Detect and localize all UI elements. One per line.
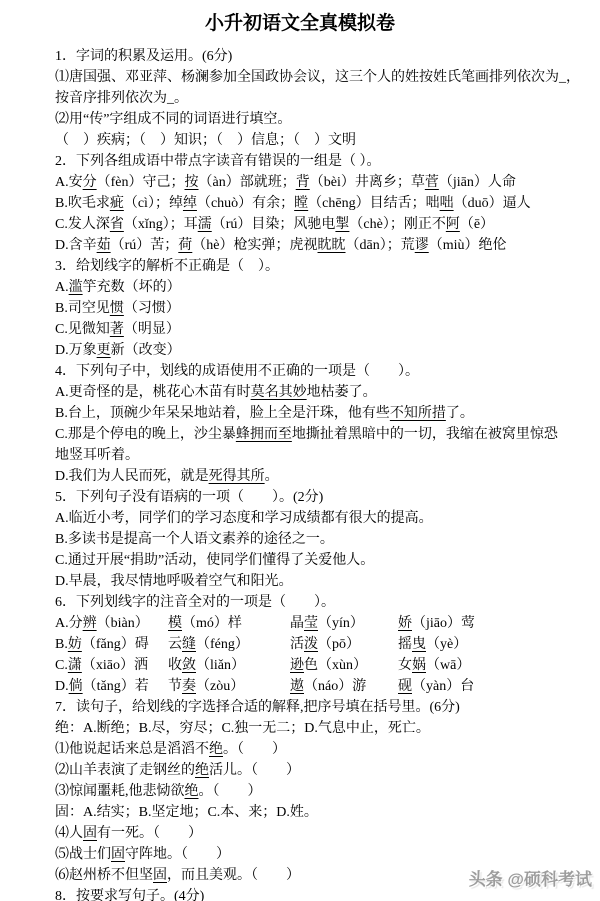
underlined-char: 敛 xyxy=(182,658,196,673)
underlined-char: 谬 xyxy=(415,238,429,253)
underlined-char: 绝 xyxy=(195,763,209,778)
pinyin-item: 娇（jiāo）莺 xyxy=(398,613,475,634)
underlined-char: 辨 xyxy=(83,616,97,631)
question-heading: 4．下列句子中，划线的成语使用不正确的一项是（ ）。 xyxy=(55,361,600,382)
underlined-char: 固 xyxy=(83,826,97,841)
underlined-char: 固 xyxy=(153,868,167,883)
pinyin-item: D.倘（tǎng）若 xyxy=(55,676,168,697)
option-a: A.临近小考，同学们的学习态度和学习成绩都有很大的提高。 xyxy=(55,508,600,529)
option-c: C.那是个停电的晚上，沙尘暴蜂拥而至地撕扯着黑暗中的一切，我缩在被窝里惊恐 xyxy=(55,424,600,445)
option-c: C.发人深省（xǐng）；耳濡（rú）目染；风驰电掣（chè）；刚正不阿（ē） xyxy=(55,214,600,235)
underlined-char: 荷 xyxy=(178,238,192,253)
exam-line: （ ）疾病；（ ）知识；（ ）信息；（ ）文明 xyxy=(55,130,600,151)
exam-title: 小升初语文全真模拟卷 xyxy=(0,12,600,36)
underlined-char: 菅 xyxy=(425,175,439,190)
exam-body: 1．字词的积累及运用。(6分)⑴唐国强、邓亚萍、杨澜参加全国政协会议，这三个人的… xyxy=(55,46,600,901)
exam-line: 固：A.结实；B.坚定地；C.本、来；D.姓。 xyxy=(55,802,600,823)
underlined-char: 茹 xyxy=(97,238,111,253)
option-a: A.安分（fèn）守己；按（àn）部就班；背（bèi）井离乡；草菅（jiān）人… xyxy=(55,172,600,193)
exam-page: 小升初语文全真模拟卷 1．字词的积累及运用。(6分)⑴唐国强、邓亚萍、杨澜参加全… xyxy=(0,0,600,901)
sub-question: ⑵山羊表演了走钢丝的绝活儿。（ ） xyxy=(55,760,600,781)
option-a: A.分辨（biàn）模（mó）样晶莹（yín）娇（jiāo）莺 xyxy=(55,613,600,634)
underlined-char: 娇 xyxy=(398,616,412,631)
option-b: B.司空见惯（习惯） xyxy=(55,298,600,319)
underlined-char: 奏 xyxy=(182,679,196,694)
option-b: B.台上，顶碗少年呆呆地站着，脸上全是汗珠，他有些不知所措了。 xyxy=(55,403,600,424)
exam-line: 按音序排列依次为_。 xyxy=(55,88,600,109)
underlined-char: 逊 xyxy=(290,658,304,673)
underlined-char: 濡 xyxy=(198,217,212,232)
underlined-char: 曳 xyxy=(412,637,426,652)
underlined-char: 瞠 xyxy=(294,196,308,211)
question-heading: 6．下列划线字的注音全对的一项是（ ）。 xyxy=(55,592,600,613)
question-q4: 4．下列句子中，划线的成语使用不正确的一项是（ ）。A.更奇怪的是，桃花心木苗有… xyxy=(55,361,600,487)
question-heading: 2．下列各组成语中带点字读音有错误的一组是（ ）。 xyxy=(55,151,600,172)
sub-question: ⑶惊闻噩耗,他悲恸欲绝。（ ） xyxy=(55,781,600,802)
underlined-char: 掣 xyxy=(335,217,349,232)
underlined-char: 死得其所 xyxy=(209,469,265,484)
pinyin-item: 活泼（pō） xyxy=(290,634,398,655)
underlined-char: 倘 xyxy=(69,679,83,694)
underlined-char: 绰 xyxy=(183,196,197,211)
underlined-char: 蜂拥而至 xyxy=(236,427,292,442)
question-heading: 1．字词的积累及运用。(6分) xyxy=(55,46,600,67)
exam-line: 绝：A.断绝；B.尽，穷尽；C.独一无二；D.气息中止，死亡。 xyxy=(55,718,600,739)
question-q7: 7．读句子，给划线的字选择合适的解释,把序号填在括号里。(6分)绝：A.断绝；B… xyxy=(55,697,600,886)
pinyin-item: 云缝（féng） xyxy=(168,634,290,655)
underlined-char: 妨 xyxy=(68,637,82,652)
underlined-char: 更 xyxy=(97,343,111,358)
underlined-char: 娲 xyxy=(412,658,426,673)
question-q3: 3．给划线字的解析不正确是（ ）。A.滥竽充数（坏的）B.司空见惯（习惯）C.见… xyxy=(55,256,600,361)
watermark: 头条 @硕科考试 xyxy=(469,865,592,890)
option-c: C.见微知著（明显） xyxy=(55,319,600,340)
question-heading: 3．给划线字的解析不正确是（ ）。 xyxy=(55,256,600,277)
underlined-char: 眈眈 xyxy=(318,238,346,253)
underlined-char: 泼 xyxy=(304,637,318,652)
sub-question: ⑴唐国强、邓亚萍、杨澜参加全国政协会议，这三个人的姓按姓氏笔画排列依次为_， xyxy=(55,67,600,88)
option-a: A.滥竽充数（坏的） xyxy=(55,277,600,298)
underlined-char: 著 xyxy=(110,322,124,337)
option-d: D.我们为人民而死，就是死得其所。 xyxy=(55,466,600,487)
question-heading: 7．读句子，给划线的字选择合适的解释,把序号填在括号里。(6分) xyxy=(55,697,600,718)
underlined-char: 砚 xyxy=(398,679,412,694)
sub-question: ⑴他说起话来总是滔滔不绝。（ ） xyxy=(55,739,600,760)
underlined-char: 莹 xyxy=(304,616,318,631)
underlined-char: 阿 xyxy=(446,217,460,232)
question-q5: 5．下列句子没有语病的一项（ ）。(2分)A.临近小考，同学们的学习态度和学习成… xyxy=(55,487,600,592)
underlined-char: 莫名其妙 xyxy=(251,385,307,400)
pinyin-item: 晶莹（yín） xyxy=(290,613,398,634)
pinyin-item: A.分辨（biàn） xyxy=(55,613,168,634)
underlined-char: 固 xyxy=(111,847,125,862)
question-q1: 1．字词的积累及运用。(6分)⑴唐国强、邓亚萍、杨澜参加全国政协会议，这三个人的… xyxy=(55,46,600,151)
sub-question: ⑷人固有一死。（ ） xyxy=(55,823,600,844)
underlined-char: 绝 xyxy=(209,742,223,757)
question-q2: 2．下列各组成语中带点字读音有错误的一组是（ ）。A.安分（fèn）守己；按（à… xyxy=(55,151,600,256)
pinyin-item: 逊色（xùn） xyxy=(290,655,398,676)
option-d: D.早晨，我尽情地呼吸着空气和阳光。 xyxy=(55,571,600,592)
exam-line: 地竖耳听着。 xyxy=(55,445,600,466)
underlined-char: 按 xyxy=(185,175,199,190)
underlined-char: 遨 xyxy=(290,679,304,694)
option-d: D.含辛茹（rú）苦；荷（hè）枪实弹；虎视眈眈（dān）；荒谬（miù）绝伦 xyxy=(55,235,600,256)
option-b: B.多读书是提高一个人语文素养的途径之一。 xyxy=(55,529,600,550)
option-b: B.吹毛求疵（cì）；绰绰（chuò）有余；瞠（chēng）目结舌；咄咄（duō… xyxy=(55,193,600,214)
underlined-char: 模 xyxy=(168,616,182,631)
underlined-char: 缝 xyxy=(182,637,196,652)
underlined-char: 绝 xyxy=(185,784,199,799)
option-c: C.潇（xiāo）洒收敛（liǎn）逊色（xùn）女娲（wā） xyxy=(55,655,600,676)
pinyin-item: B.妨（fǎng）碍 xyxy=(55,634,168,655)
underlined-char: 疵 xyxy=(110,196,124,211)
underlined-char: 惯 xyxy=(110,301,124,316)
pinyin-item: 女娲（wā） xyxy=(398,655,470,676)
sub-question: ⑸战士们固守阵地。（ ） xyxy=(55,844,600,865)
underlined-char: 滥 xyxy=(69,280,83,295)
underlined-char: 不知所措 xyxy=(390,406,446,421)
question-heading: 5．下列句子没有语病的一项（ ）。(2分) xyxy=(55,487,600,508)
pinyin-item: 砚（yàn）台 xyxy=(398,676,474,697)
pinyin-item: 模（mó）样 xyxy=(168,613,290,634)
sub-question: ⑵用“传”字组成不同的词语进行填空。 xyxy=(55,109,600,130)
underlined-char: 背 xyxy=(296,175,310,190)
option-c: C.通过开展“捐助”活动，使同学们懂得了关爱他人。 xyxy=(55,550,600,571)
underlined-char: 咄 xyxy=(440,196,454,211)
underlined-char: 分 xyxy=(83,175,97,190)
pinyin-item: 摇曳（yè） xyxy=(398,634,467,655)
pinyin-item: 节奏（zòu） xyxy=(168,676,290,697)
option-b: B.妨（fǎng）碍云缝（féng）活泼（pō）摇曳（yè） xyxy=(55,634,600,655)
pinyin-item: C.潇（xiāo）洒 xyxy=(55,655,168,676)
option-a: A.更奇怪的是，桃花心木苗有时莫名其妙地枯萎了。 xyxy=(55,382,600,403)
option-d: D.倘（tǎng）若节奏（zòu）遨（náo）游砚（yàn）台 xyxy=(55,676,600,697)
underlined-char: 省 xyxy=(110,217,124,232)
option-d: D.万象更新（改变） xyxy=(55,340,600,361)
question-q6: 6．下列划线字的注音全对的一项是（ ）。A.分辨（biàn）模（mó）样晶莹（y… xyxy=(55,592,600,697)
pinyin-item: 收敛（liǎn） xyxy=(168,655,290,676)
pinyin-item: 遨（náo）游 xyxy=(290,676,398,697)
underlined-char: 潇 xyxy=(68,658,82,673)
